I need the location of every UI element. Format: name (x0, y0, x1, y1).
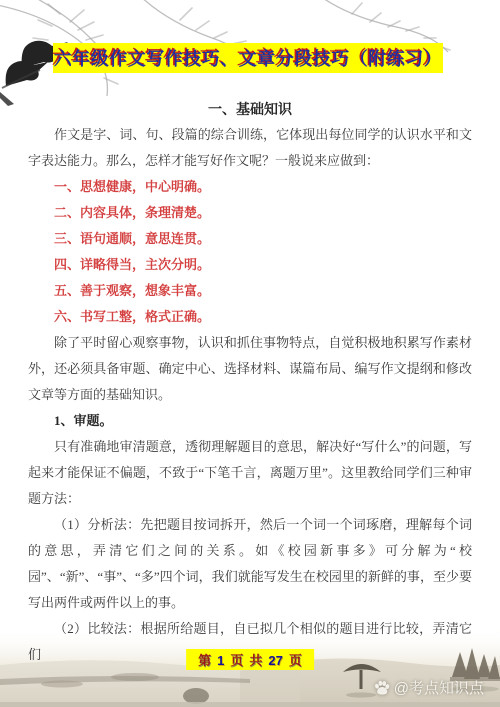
page-label-ye2: 页 (286, 653, 305, 668)
paragraph-method-1: （1）分析法：先把题目按词拆开，然后一个词一个词琢磨，理解每个词的意思，弄清它们… (28, 512, 472, 616)
page-number-badge: 第1页共27页 (186, 649, 314, 670)
section-heading: 一、基础知识 (28, 96, 472, 122)
red-point-6: 六、书写工整，格式正确。 (28, 304, 472, 330)
watermark-text: @考点知识点 (394, 677, 484, 698)
document-title-band: 六年级作文写作技巧、文章分段技巧（附练习） (53, 43, 443, 73)
paragraph-basics: 除了平时留心观察事物，认识和抓住事物特点，自觉积极地积累写作素材外，还必须具备审… (28, 330, 472, 408)
red-point-3: 三、语句通顺，意思连贯。 (28, 226, 472, 252)
paragraph-shenti: 只有准确地审清题意，透彻理解题目的意思，解决好“写什么”的问题，写起来才能保证不… (28, 434, 472, 512)
page-label-gong: 共 (246, 653, 265, 668)
current-page-number: 1 (214, 653, 227, 668)
paw-icon (373, 679, 391, 697)
total-page-number: 27 (265, 653, 285, 668)
page-label-ye1: 页 (227, 653, 246, 668)
document-title: 六年级作文写作技巧、文章分段技巧（附练习） (54, 45, 443, 71)
red-point-2: 二、内容具体，条理清楚。 (28, 200, 472, 226)
document-page: { "page": { "title": "六年级作文写作技巧、文章分段技巧（附… (0, 0, 500, 707)
page-label-di: 第 (195, 653, 214, 668)
red-point-1: 一、思想健康，中心明确。 (28, 174, 472, 200)
document-body: 一、基础知识 作文是字、词、句、段篇的综合训练，它体现出每位同学的认识水平和文字… (28, 96, 472, 668)
sub-heading-shenti: 1、审题。 (28, 408, 472, 434)
red-point-4: 四、详略得当，主次分明。 (28, 252, 472, 278)
red-point-5: 五、善于观察，想象丰富。 (28, 278, 472, 304)
paragraph-intro: 作文是字、词、句、段篇的综合训练，它体现出每位同学的认识水平和文字表达能力。那么… (28, 122, 472, 174)
watermark: @考点知识点 (373, 677, 484, 698)
